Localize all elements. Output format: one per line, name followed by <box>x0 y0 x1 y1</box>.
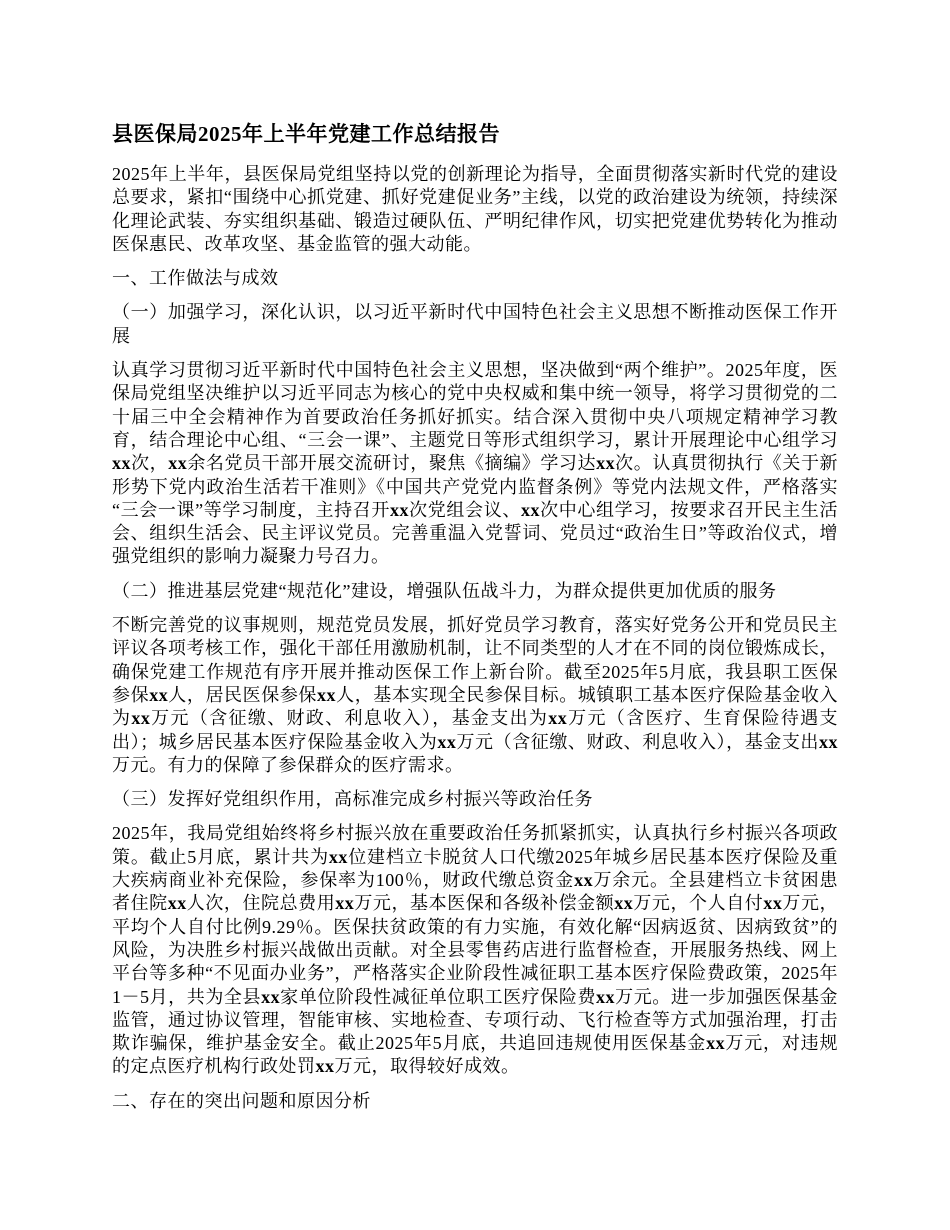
placeholder-value: xx <box>548 708 567 728</box>
section-1-3-paragraph: 2025年，我局党组始终将乡村振兴放在重要政治任务抓紧抓实，认真执行乡村振兴各项… <box>112 822 838 1078</box>
section-1-2-paragraph: 不断完善党的议事规则，规范党员发展，抓好党员学习教育，落实好党务公开和党员民主评… <box>112 614 838 777</box>
text-run: 万元（含征缴、财政、利息收入），基金支出为 <box>150 708 548 728</box>
placeholder-value: xx <box>614 893 633 913</box>
text-run: 二、存在的突出问题和原因分析 <box>112 1091 371 1111</box>
placeholder-value: xx <box>390 500 409 520</box>
placeholder-value: xx <box>168 453 187 473</box>
placeholder-value: xx <box>574 870 593 890</box>
placeholder-value: xx <box>521 500 540 520</box>
text-run: 家单位阶段性减征单位职工医疗保险费 <box>280 987 596 1007</box>
placeholder-value: xx <box>763 893 782 913</box>
placeholder-value: xx <box>819 732 838 752</box>
section-1-1-heading: （一）加强学习，深化认识，以习近平新时代中国特色社会主义思想不断推动医保工作开展 <box>112 301 838 348</box>
document-page: 县医保局2025年上半年党建工作总结报告 2025年上半年，县医保局党组坚持以党… <box>0 0 950 1230</box>
placeholder-value: xx <box>317 685 336 705</box>
text-run: 次党组会议、 <box>409 500 521 520</box>
intro-paragraph: 2025年上半年，县医保局党组坚持以党的创新理论为指导，全面贯彻落实新时代党的建… <box>112 163 838 256</box>
placeholder-value: xx <box>316 1056 335 1076</box>
text-run: 万元（含征缴、财政、利息收入），基金支出 <box>456 732 819 752</box>
text-run: 2025年上半年，县医保局党组坚持以党的创新理论为指导，全面贯彻落实新时代党的建… <box>112 164 838 254</box>
placeholder-value: xx <box>596 987 615 1007</box>
placeholder-value: xx <box>329 847 348 867</box>
text-run: 万元，取得较好成效。 <box>335 1056 520 1076</box>
placeholder-value: xx <box>335 893 354 913</box>
placeholder-value: xx <box>112 453 131 473</box>
placeholder-value: xx <box>131 708 150 728</box>
text-run: 人，居民医保参保 <box>168 685 317 705</box>
placeholder-value: xx <box>596 453 615 473</box>
placeholder-value: xx <box>149 685 168 705</box>
text-run: 万元。有力的保障了参保群众的医疗需求。 <box>112 755 464 775</box>
placeholder-value: xx <box>706 1033 725 1053</box>
text-run: （三）发挥好党组织作用，高标准完成乡村振兴等政治任务 <box>112 789 593 809</box>
placeholder-value: xx <box>261 987 280 1007</box>
section-1-3-heading: （三）发挥好党组织作用，高标准完成乡村振兴等政治任务 <box>112 788 838 811</box>
text-run: 余名党员干部开展交流研讨，聚焦《摘编》学习达 <box>187 453 596 473</box>
document-title: 县医保局2025年上半年党建工作总结报告 <box>112 121 838 148</box>
placeholder-value: xx <box>168 893 187 913</box>
section-1-heading: 一、工作做法与成效 <box>112 267 838 290</box>
text-run: 次， <box>131 453 168 473</box>
text-run: 万元，个人自付 <box>633 893 763 913</box>
section-1-2-heading: （二）推进基层党建“规范化”建设，增强队伍战斗力，为群众提供更加优质的服务 <box>112 580 838 603</box>
text-run: 认真学习贯彻习近平新时代中国特色社会主义思想，坚决做到“两个维护”。2025年度… <box>112 360 838 450</box>
text-run: （一）加强学习，深化认识，以习近平新时代中国特色社会主义思想不断推动医保工作开展 <box>112 302 838 345</box>
section-2-heading: 二、存在的突出问题和原因分析 <box>112 1090 838 1113</box>
section-1-1-paragraph: 认真学习贯彻习近平新时代中国特色社会主义思想，坚决做到“两个维护”。2025年度… <box>112 359 838 569</box>
text-run: 万元，基本医保和各级补偿金额 <box>354 893 614 913</box>
text-run: 人次，住院总费用 <box>187 893 336 913</box>
text-run: （二）推进基层党建“规范化”建设，增强队伍战斗力，为群众提供更加优质的服务 <box>112 581 776 601</box>
text-run: 一、工作做法与成效 <box>112 268 279 288</box>
placeholder-value: xx <box>437 732 456 752</box>
